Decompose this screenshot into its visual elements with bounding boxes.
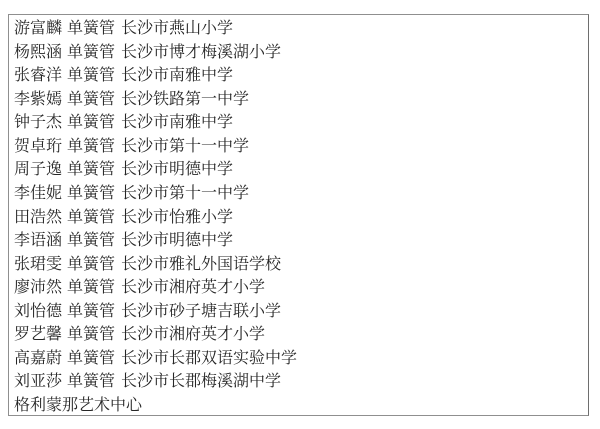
table-row: 李语涵 单簧管 长沙市明德中学 xyxy=(9,227,588,251)
name-cell: 钟子杰 xyxy=(14,109,67,132)
instrument-cell: 单簧管 xyxy=(67,15,121,38)
school-cell: 长沙市怡雅小学 xyxy=(121,204,588,227)
instrument-cell: 单簧管 xyxy=(67,274,121,297)
name-cell: 李佳妮 xyxy=(14,180,67,203)
name-cell: 周子逸 xyxy=(14,156,67,179)
instrument-cell: 单簧管 xyxy=(67,156,121,179)
instrument-cell: 单簧管 xyxy=(67,227,121,250)
table-row: 田浩然 单簧管 长沙市怡雅小学 xyxy=(9,203,588,227)
instrument-cell: 单簧管 xyxy=(67,321,121,344)
table-row: 周子逸 单簧管 长沙市明德中学 xyxy=(9,156,588,180)
school-cell: 长沙市长郡梅溪湖中学 xyxy=(121,368,588,391)
footer-row: 格利蒙那艺术中心 xyxy=(9,392,588,416)
name-cell: 杨熙涵 xyxy=(14,39,67,62)
table-row: 刘亚莎 单簧管 长沙市长郡梅溪湖中学 xyxy=(9,368,588,392)
instrument-cell: 单簧管 xyxy=(67,298,121,321)
table-row: 钟子杰 单簧管 长沙市南雅中学 xyxy=(9,109,588,133)
school-cell: 长沙市第十一中学 xyxy=(121,133,588,156)
roster-table: 游富麟 单簧管 长沙市燕山小学 杨熙涵 单簧管 长沙市博才梅溪湖小学 张睿洋 单… xyxy=(8,14,589,416)
table-row: 李紫嫣 单簧管 长沙铁路第一中学 xyxy=(9,86,588,110)
name-cell: 廖沛然 xyxy=(14,274,67,297)
school-cell: 长沙市砂子塘吉联小学 xyxy=(121,298,588,321)
instrument-cell: 单簧管 xyxy=(67,204,121,227)
name-cell: 张珺雯 xyxy=(14,251,67,274)
instrument-cell: 单簧管 xyxy=(67,345,121,368)
table-row: 贺卓珩 单簧管 长沙市第十一中学 xyxy=(9,133,588,157)
table-row: 刘怡德 单簧管 长沙市砂子塘吉联小学 xyxy=(9,297,588,321)
name-cell: 游富麟 xyxy=(14,15,67,38)
name-cell: 李语涵 xyxy=(14,227,67,250)
table-row: 杨熙涵 单簧管 长沙市博才梅溪湖小学 xyxy=(9,39,588,63)
school-cell: 长沙市明德中学 xyxy=(121,227,588,250)
school-cell: 长沙市明德中学 xyxy=(121,156,588,179)
name-cell: 刘怡德 xyxy=(14,298,67,321)
school-cell: 长沙市第十一中学 xyxy=(121,180,588,203)
instrument-cell: 单簧管 xyxy=(67,368,121,391)
name-cell: 张睿洋 xyxy=(14,62,67,85)
instrument-cell: 单簧管 xyxy=(67,62,121,85)
school-cell: 长沙市湘府英才小学 xyxy=(121,274,588,297)
table-row: 罗艺馨 单簧管 长沙市湘府英才小学 xyxy=(9,321,588,345)
table-row: 高嘉蔚 单簧管 长沙市长郡双语实验中学 xyxy=(9,344,588,368)
instrument-cell: 单簧管 xyxy=(67,39,121,62)
footer-cell: 格利蒙那艺术中心 xyxy=(14,392,588,415)
school-cell: 长沙市博才梅溪湖小学 xyxy=(121,39,588,62)
instrument-cell: 单簧管 xyxy=(67,251,121,274)
instrument-cell: 单簧管 xyxy=(67,109,121,132)
instrument-cell: 单簧管 xyxy=(67,180,121,203)
table-row: 张珺雯 单簧管 长沙市雅礼外国语学校 xyxy=(9,250,588,274)
school-cell: 长沙市湘府英才小学 xyxy=(121,321,588,344)
name-cell: 田浩然 xyxy=(14,204,67,227)
school-cell: 长沙市南雅中学 xyxy=(121,62,588,85)
school-cell: 长沙市燕山小学 xyxy=(121,15,588,38)
name-cell: 贺卓珩 xyxy=(14,133,67,156)
table-row: 游富麟 单簧管 长沙市燕山小学 xyxy=(9,15,588,39)
table-row: 廖沛然 单簧管 长沙市湘府英才小学 xyxy=(9,274,588,298)
name-cell: 高嘉蔚 xyxy=(14,345,67,368)
name-cell: 刘亚莎 xyxy=(14,368,67,391)
table-row: 张睿洋 单簧管 长沙市南雅中学 xyxy=(9,62,588,86)
name-cell: 罗艺馨 xyxy=(14,321,67,344)
table-row: 李佳妮 单簧管 长沙市第十一中学 xyxy=(9,180,588,204)
instrument-cell: 单簧管 xyxy=(67,133,121,156)
school-cell: 长沙市雅礼外国语学校 xyxy=(121,251,588,274)
school-cell: 长沙铁路第一中学 xyxy=(121,86,588,109)
instrument-cell: 单簧管 xyxy=(67,86,121,109)
name-cell: 李紫嫣 xyxy=(14,86,67,109)
school-cell: 长沙市长郡双语实验中学 xyxy=(121,345,588,368)
school-cell: 长沙市南雅中学 xyxy=(121,109,588,132)
